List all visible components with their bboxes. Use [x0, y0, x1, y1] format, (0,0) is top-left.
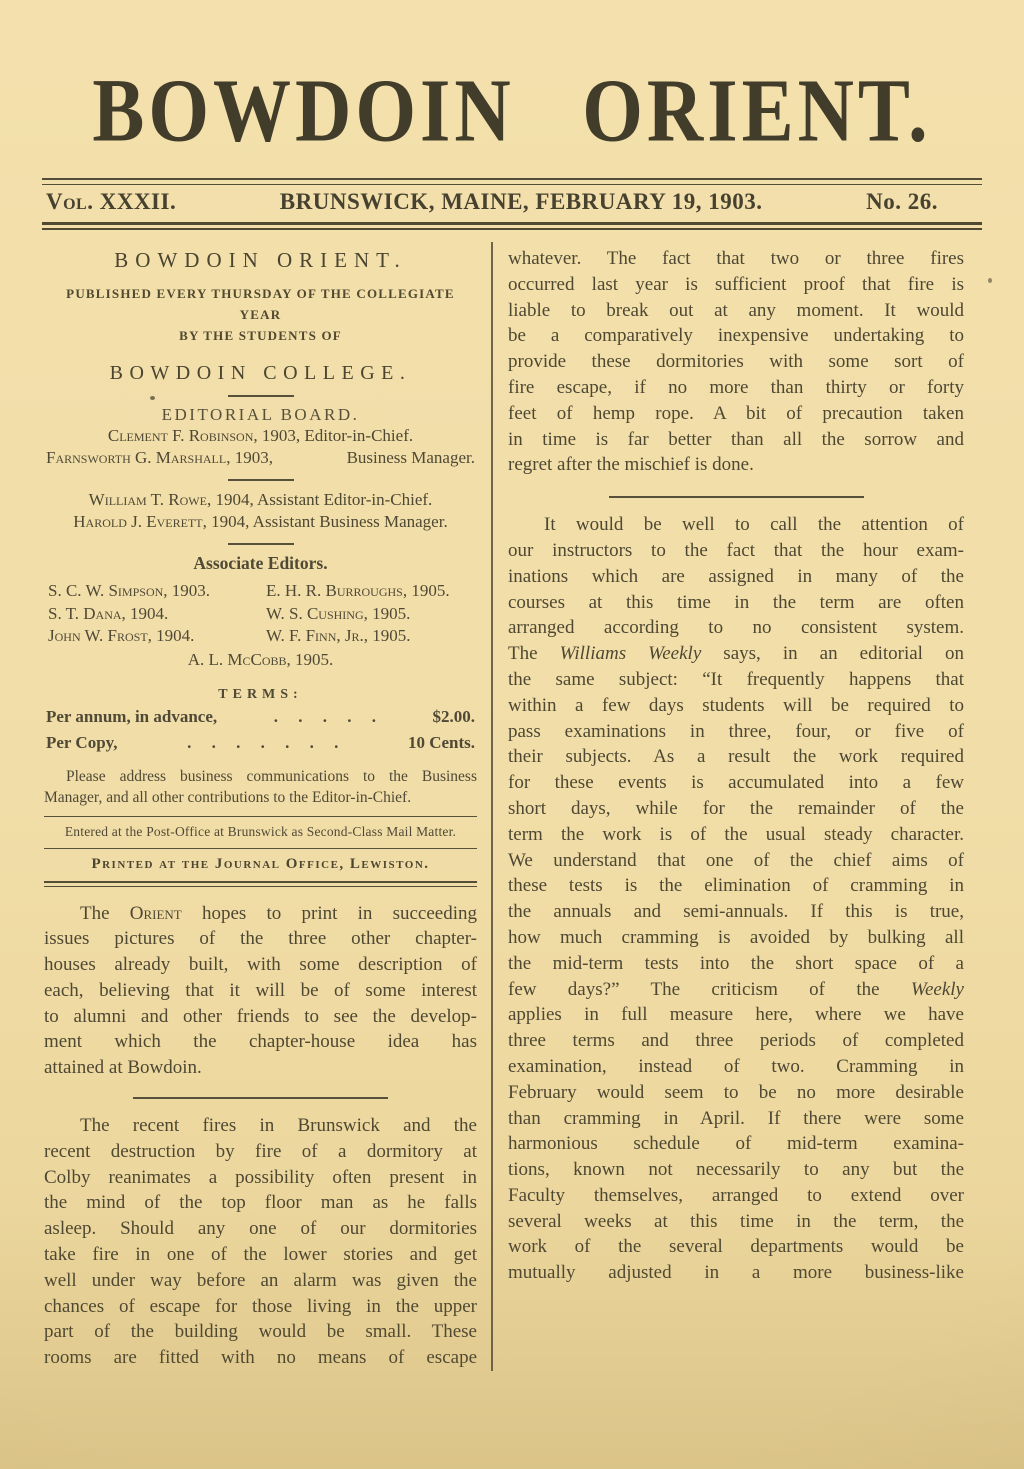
text-line: rooms are fitted with no means of escape	[44, 1345, 477, 1371]
text-line: how much cramming is avoided by bulking …	[508, 925, 964, 951]
associate-name: John W. Frost	[48, 626, 148, 645]
associate-name: W. S. Cushing	[266, 604, 364, 623]
text-line: February would seem to be no more desira…	[508, 1080, 964, 1106]
address-notice: Please address business communications t…	[44, 766, 477, 808]
line-part: says, in an editorial on	[701, 643, 964, 664]
terms-value: 10 Cents.	[408, 731, 475, 756]
associate-year: , 1905.	[364, 626, 411, 645]
paper-title: BOWDOIN ORIENT.	[44, 248, 477, 273]
manager-name-part: Farnsworth G. Marshall, 1903,	[46, 447, 273, 469]
text-line: the mid-term tests into the short space …	[508, 951, 964, 977]
ink-speck	[988, 278, 992, 283]
text-line: the mind of the top floor man as he fall…	[44, 1190, 477, 1216]
associate-year: , 1904.	[148, 626, 195, 645]
editor-rest: , 1903, Editor-in-Chief.	[253, 426, 413, 445]
issue-number-label: No. 26.	[866, 189, 938, 215]
publication-name-italic: Weekly	[911, 979, 964, 1000]
associate-row: S. C. W. Simpson, 1903. E. H. R. Burroug…	[44, 580, 477, 603]
text-line: three terms and three periods of complet…	[508, 1028, 964, 1054]
text-line: take fire in one of the lower stories an…	[44, 1242, 477, 1268]
manager-title: Business Manager.	[347, 447, 475, 469]
paragraph-rule	[609, 496, 864, 498]
college-name: BOWDOIN COLLEGE.	[44, 362, 477, 385]
text-line: few days?” The criticism of the Weekly	[508, 977, 964, 1003]
editorial-paragraph-1: The Orient hopes to print in succeeding …	[44, 901, 477, 1082]
text-line: these tests is the elimination of crammi…	[508, 873, 964, 899]
editor-in-chief-line: Clement F. Robinson, 1903, Editor-in-Chi…	[44, 425, 477, 447]
text-line: houses already built, with some descript…	[44, 952, 477, 978]
associate-year: , 1905.	[287, 650, 334, 669]
printer-notice: Printed at the Journal Office, Lewiston.	[44, 856, 477, 873]
text-line: chances of escape for those living in th…	[44, 1294, 477, 1320]
associate-year: , 1903.	[163, 581, 210, 600]
post-office-notice: Entered at the Post-Office at Brunswick …	[44, 824, 477, 840]
text-line: courses at this time in the term are oft…	[508, 590, 964, 616]
editorial-paragraph-2: The recent fires in Brunswick and the re…	[44, 1113, 477, 1371]
published-line-2: BY THE STUDENTS OF	[44, 325, 477, 346]
assistant-manager-line: Harold J. Everett, 1904, Assistant Busin…	[44, 511, 477, 533]
text-line: tions, known not necessarily to any but …	[508, 1157, 964, 1183]
associate-left: S. T. Dana, 1904.	[44, 603, 266, 626]
associate-center: A. L. McCobb, 1905.	[44, 648, 477, 671]
header-end-rule	[44, 881, 477, 887]
line-part: The	[80, 903, 130, 924]
line-part: The	[508, 643, 560, 664]
associate-row: John W. Frost, 1904. W. F. Finn, Jr., 19…	[44, 625, 477, 648]
text-line: We understand that one of the chief aims…	[508, 848, 964, 874]
published-line-1: PUBLISHED EVERY THURSDAY OF THE COLLEGIA…	[44, 283, 477, 325]
assistant-editor-rest: , 1904, Assistant Editor-in-Chief.	[207, 490, 432, 509]
text-line: regret after the mischief is done.	[508, 452, 964, 478]
text-line: occurred last year is sufficient proof t…	[508, 272, 964, 298]
publication-name-italic: Williams Weekly	[560, 643, 702, 664]
associate-row: S. T. Dana, 1904. W. S. Cushing, 1905.	[44, 603, 477, 626]
associate-name: E. H. R. Burroughs	[266, 581, 403, 600]
text-line: applies in full measure here, where we h…	[508, 1002, 964, 1028]
ink-speck	[150, 396, 155, 400]
business-manager-line: Farnsworth G. Marshall, 1903, Business M…	[44, 447, 477, 469]
text-line: whatever. The fact that two or three fir…	[508, 246, 964, 272]
associate-left: S. C. W. Simpson, 1903.	[44, 580, 266, 603]
manager-name: Farnsworth G. Marshall	[46, 448, 226, 467]
dot-leader: . . . . . . .	[117, 731, 407, 756]
text-line: each, believing that it will be of some …	[44, 978, 477, 1004]
associate-editors-heading: Associate Editors.	[44, 553, 477, 574]
text-line: The Orient hopes to print in succeeding	[44, 901, 477, 927]
section-rule	[228, 479, 294, 481]
place-date-label: BRUNSWICK, MAINE, FEBRUARY 19, 1903.	[280, 189, 763, 215]
text-line: feet of hemp rope. A bit of precaution t…	[508, 401, 964, 427]
section-rule	[228, 543, 294, 545]
assistant-editor-line: William T. Rowe, 1904, Assistant Editor-…	[44, 489, 477, 511]
assistant-editor-name: William T. Rowe	[89, 490, 207, 509]
terms-row-copy: Per Copy, . . . . . . . 10 Cents.	[44, 731, 477, 756]
text-line: in time is far better than all the sorro…	[508, 427, 964, 453]
text-line: recent destruction by fire of a dormitor…	[44, 1139, 477, 1165]
text-line: Faculty themselves, arranged to extend o…	[508, 1183, 964, 1209]
associate-right: W. S. Cushing, 1905.	[266, 603, 477, 626]
text-line: Colby reanimates a possibility often pre…	[44, 1165, 477, 1191]
left-column: BOWDOIN ORIENT. PUBLISHED EVERY THURSDAY…	[42, 242, 491, 1371]
dot-leader: . . . . .	[217, 705, 432, 730]
text-line: their subjects. As a result the work req…	[508, 744, 964, 770]
text-line: provide these dormitories with some sort…	[508, 349, 964, 375]
text-line: The Williams Weekly says, in an editoria…	[508, 641, 964, 667]
text-line: ment which the chapter-house idea has	[44, 1029, 477, 1055]
text-line: than cramming in April. If there were so…	[508, 1106, 964, 1132]
text-line: within a few days students will be requi…	[508, 693, 964, 719]
terms-label: Per annum, in advance,	[46, 705, 217, 730]
page-columns: BOWDOIN ORIENT. PUBLISHED EVERY THURSDAY…	[42, 242, 982, 1371]
text-line: several weeks at this time in the term, …	[508, 1209, 964, 1235]
text-line: mutually adjusted in a more business-lik…	[508, 1260, 964, 1286]
divider-rule	[44, 816, 477, 817]
text-line: issues pictures of the three other chapt…	[44, 926, 477, 952]
associate-editors-list: S. C. W. Simpson, 1903. E. H. R. Burroug…	[44, 580, 477, 671]
associate-right: E. H. R. Burroughs, 1905.	[266, 580, 477, 603]
dateline-rule	[42, 222, 982, 230]
text-line: the annuals and semi-annuals. If this is…	[508, 899, 964, 925]
associate-name: A. L. McCobb	[188, 650, 287, 669]
text-line: pass examinations in three, four, or fiv…	[508, 719, 964, 745]
text-line: term the work is of the usual steady cha…	[508, 822, 964, 848]
masthead-title: BOWDOIN ORIENT.	[0, 58, 1024, 162]
editorial-board-heading: EDITORIAL BOARD.	[44, 405, 477, 425]
associate-year: , 1905.	[403, 581, 450, 600]
dateline: Vol. XXXII. BRUNSWICK, MAINE, FEBRUARY 1…	[42, 189, 982, 215]
manager-rest: , 1903,	[226, 448, 273, 467]
associate-left: John W. Frost, 1904.	[44, 625, 266, 648]
text-line: our instructors to the fact that the hou…	[508, 538, 964, 564]
terms-heading: TERMS:	[44, 687, 477, 703]
text-line: well under way before an alarm was given…	[44, 1268, 477, 1294]
text-line: for these events is accumulated into a f…	[508, 770, 964, 796]
terms-row-annum: Per annum, in advance, . . . . . $2.00.	[44, 705, 477, 730]
orient-smallcaps: Orient	[130, 903, 182, 924]
text-line: the same subject: “It frequently happens…	[508, 667, 964, 693]
associate-name: S. C. W. Simpson	[48, 581, 163, 600]
editor-name: Clement F. Robinson	[108, 426, 254, 445]
text-line: It would be well to call the attention o…	[508, 512, 964, 538]
newspaper-page: BOWDOIN ORIENT. Vol. XXXII. BRUNSWICK, M…	[0, 0, 1024, 1469]
line-part: few days?” The criticism of the	[508, 979, 911, 1000]
right-column: whatever. The fact that two or three fir…	[493, 242, 980, 1371]
text-line: part of the building would be small. The…	[44, 1319, 477, 1345]
text-line: examination, instead of two. Cramming in	[508, 1054, 964, 1080]
text-line: harmonious schedule of mid-term examina-	[508, 1131, 964, 1157]
text-line: fire escape, if no more than thirty or f…	[508, 375, 964, 401]
assistant-manager-rest: , 1904, Assistant Business Manager.	[203, 512, 448, 531]
section-rule	[228, 395, 294, 397]
text-line: The recent fires in Brunswick and the	[44, 1113, 477, 1139]
text-line: attained at Bowdoin.	[44, 1055, 477, 1081]
text-line: arranged according to no consistent syst…	[508, 615, 964, 641]
text-line: be a comparatively inexpensive undertaki…	[508, 323, 964, 349]
divider-rule	[44, 848, 477, 849]
terms-label: Per Copy,	[46, 731, 117, 756]
paragraph-rule	[133, 1097, 388, 1099]
terms-value: $2.00.	[433, 705, 476, 730]
column-divider-rule	[491, 242, 493, 1371]
text-line: to alumni and other friends to see the d…	[44, 1004, 477, 1030]
text-line: short days, while for the remainder of t…	[508, 796, 964, 822]
masthead-rule	[42, 178, 982, 185]
text-line: work of the several departments would be	[508, 1234, 964, 1260]
editorial-paragraph-2-continued: whatever. The fact that two or three fir…	[508, 246, 964, 478]
volume-label: Vol. XXXII.	[46, 189, 176, 215]
associate-year: , 1905.	[364, 604, 411, 623]
editorial-paragraph-3: It would be well to call the attention o…	[508, 512, 964, 1286]
text-line: asleep. Should any one of our dormitorie…	[44, 1216, 477, 1242]
assistant-manager-name: Harold J. Everett	[73, 512, 202, 531]
text-line: Manager, and all other contributions to …	[44, 787, 477, 808]
associate-right: W. F. Finn, Jr., 1905.	[266, 625, 477, 648]
line-part: hopes to print in succeeding	[182, 903, 477, 924]
text-line: inations which are assigned in many of t…	[508, 564, 964, 590]
associate-name: W. F. Finn, Jr.	[266, 626, 364, 645]
associate-name: S. T. Dana	[48, 604, 122, 623]
text-line: liable to break out at any moment. It wo…	[508, 298, 964, 324]
associate-year: , 1904.	[122, 604, 169, 623]
text-line: Please address business communications t…	[44, 766, 477, 787]
